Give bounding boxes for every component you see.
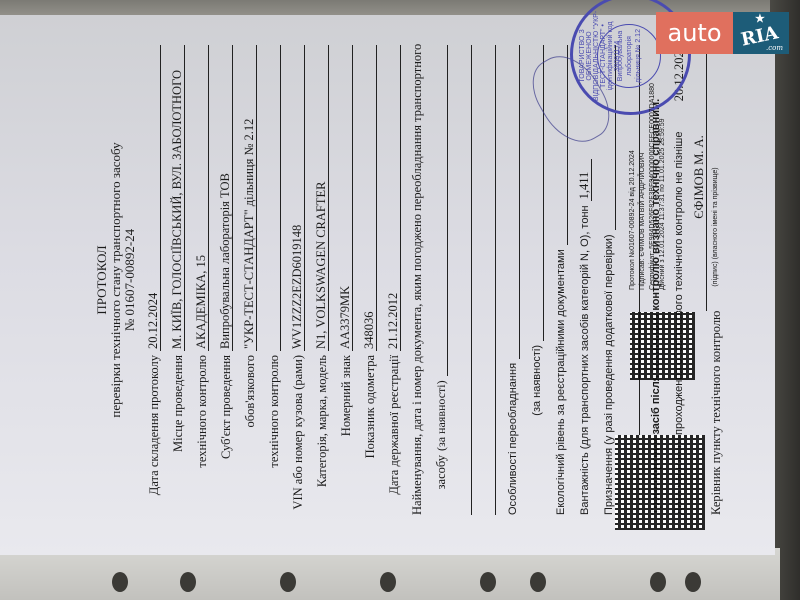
esign-line: Дійсний з 12.01.2024 11:37:31 по 11.01.2… xyxy=(658,83,668,290)
field-label: Дата державної реєстрації xyxy=(387,351,401,515)
field-row: Показник одометра348036 xyxy=(362,45,377,515)
punch-hole xyxy=(280,572,296,592)
qr-code-icon xyxy=(630,312,695,380)
stamp-center-text: Випробувальна лабораторія дільниця № 2.1… xyxy=(597,24,661,88)
conversion-features-value xyxy=(505,45,520,359)
field-value: AA3379MK xyxy=(338,45,353,351)
qr-code-icon xyxy=(615,435,705,530)
document-header: ПРОТОКОЛ перевірки технічного стану тран… xyxy=(95,45,137,515)
field-row: Категорія, марка, модельN1, VOLKSWAGEN C… xyxy=(314,45,329,515)
field-label: обов'язкового xyxy=(243,351,257,515)
punch-hole xyxy=(112,572,128,592)
field-row: Дата державної реєстрації21.12.2012 xyxy=(386,45,401,515)
field-row: обов'язкового"УКР-ТЕСТ-СТАНДАРТ" дільниц… xyxy=(242,45,257,515)
head-name: ЄФІМОВ М. А. xyxy=(692,45,707,311)
document-subtitle: перевірки технічного стану транспортного… xyxy=(109,45,123,515)
field-row: Місце проведенняМ. КИЇВ, ГОЛОСІЇВСЬКИЙ, … xyxy=(170,45,185,515)
field-label: Місце проведення xyxy=(171,351,185,515)
field-row: Номерний знакAA3379MK xyxy=(338,45,353,515)
field-value: 348036 xyxy=(362,45,377,351)
star-icon: ★ xyxy=(755,12,765,25)
conversion-doc-value xyxy=(433,45,448,376)
capacity-value: 1,411 xyxy=(577,159,592,201)
head-caption: (підпис) (власного імені та прізвище) xyxy=(709,167,723,306)
field-label: технічного контролю xyxy=(195,351,209,515)
punch-hole xyxy=(180,572,196,592)
field-label: технічного контролю xyxy=(267,351,281,515)
field-value: АКАДЕМІКА, 15 xyxy=(194,45,209,351)
conversion-doc-label-2: засобу xyxy=(434,451,448,515)
field-value xyxy=(266,45,281,351)
protocol-document: ПРОТОКОЛ перевірки технічного стану тран… xyxy=(0,15,775,555)
punch-hole xyxy=(650,572,666,592)
field-row: Дата складення протоколу20.12.2024 xyxy=(146,45,161,515)
field-value: М. КИЇВ, ГОЛОСІЇВСЬКИЙ, ВУЛ. ЗАБОЛОТНОГО xyxy=(170,45,185,351)
eco-level-label: Екологічний рівень за реєстраційними док… xyxy=(554,245,568,515)
blank-line xyxy=(457,45,472,515)
conversion-doc-label: Найменування, дата і номер документа, як… xyxy=(410,40,424,515)
electronic-signature-block: Протокол №01607-00892-24 від 20.12.2024 … xyxy=(628,83,668,290)
punch-hole xyxy=(685,572,701,592)
document-number: № 01607-00892-24 xyxy=(123,45,137,515)
autoria-watermark-logo: auto ★ RIA .com xyxy=(656,12,789,54)
field-value: 21.12.2012 xyxy=(386,45,401,351)
field-value: 20.12.2024 xyxy=(146,45,161,351)
conversion-features-label: Особливості переобладнання xyxy=(506,359,520,515)
field-label: VIN або номер кузова (рами) xyxy=(291,351,305,515)
logo-auto-text: auto xyxy=(656,12,733,54)
document-title: ПРОТОКОЛ xyxy=(95,45,109,515)
field-label: Суб'єкт проведення xyxy=(219,351,233,515)
esign-line: Протокол №01607-00892-24 від 20.12.2024 xyxy=(628,83,638,290)
head-label: Керівник пункту технічного контролю xyxy=(709,307,723,515)
if-any-note-2: (за наявності) xyxy=(530,341,544,515)
field-label: Категорія, марка, модель xyxy=(315,351,329,515)
punch-hole xyxy=(480,572,496,592)
field-value: Випробувальна лабораторія ТОВ xyxy=(218,45,233,351)
field-label: Номерний знак xyxy=(339,351,353,515)
field-label: Дата складення протоколу xyxy=(147,351,161,515)
purpose-label: Призначення (у разі проведення додатково… xyxy=(602,231,616,516)
esign-line: Підписав: ЄФІМОВ МАТВІЙ АНДРІЙОВИЧ xyxy=(638,83,648,290)
esign-line: Сертифікат: 5E984D526F82F3BF040000000CFE… xyxy=(648,83,658,290)
field-row: технічного контролю xyxy=(266,45,281,515)
field-row: Суб'єкт проведенняВипробувальна лаборато… xyxy=(218,45,233,515)
logo-ria-block: ★ RIA .com xyxy=(733,12,789,54)
blank-line xyxy=(481,45,496,515)
capacity-label: Вантажність (для транспортних засобів ка… xyxy=(578,201,592,515)
logo-domain-text: .com xyxy=(766,44,783,52)
punch-hole xyxy=(530,572,546,592)
field-row: VIN або номер кузова (рами)WV1ZZZ2EZD601… xyxy=(290,45,305,515)
field-row: технічного контролюАКАДЕМІКА, 15 xyxy=(194,45,209,515)
field-value: N1, VOLKSWAGEN CRAFTER xyxy=(314,45,329,351)
if-any-note: (за наявності) xyxy=(434,376,448,451)
field-label: Показник одометра xyxy=(363,351,377,515)
field-value: WV1ZZZ2EZD6019148 xyxy=(290,45,305,351)
field-value: "УКР-ТЕСТ-СТАНДАРТ" дільниця № 2.12 xyxy=(242,45,257,351)
punch-hole xyxy=(380,572,396,592)
